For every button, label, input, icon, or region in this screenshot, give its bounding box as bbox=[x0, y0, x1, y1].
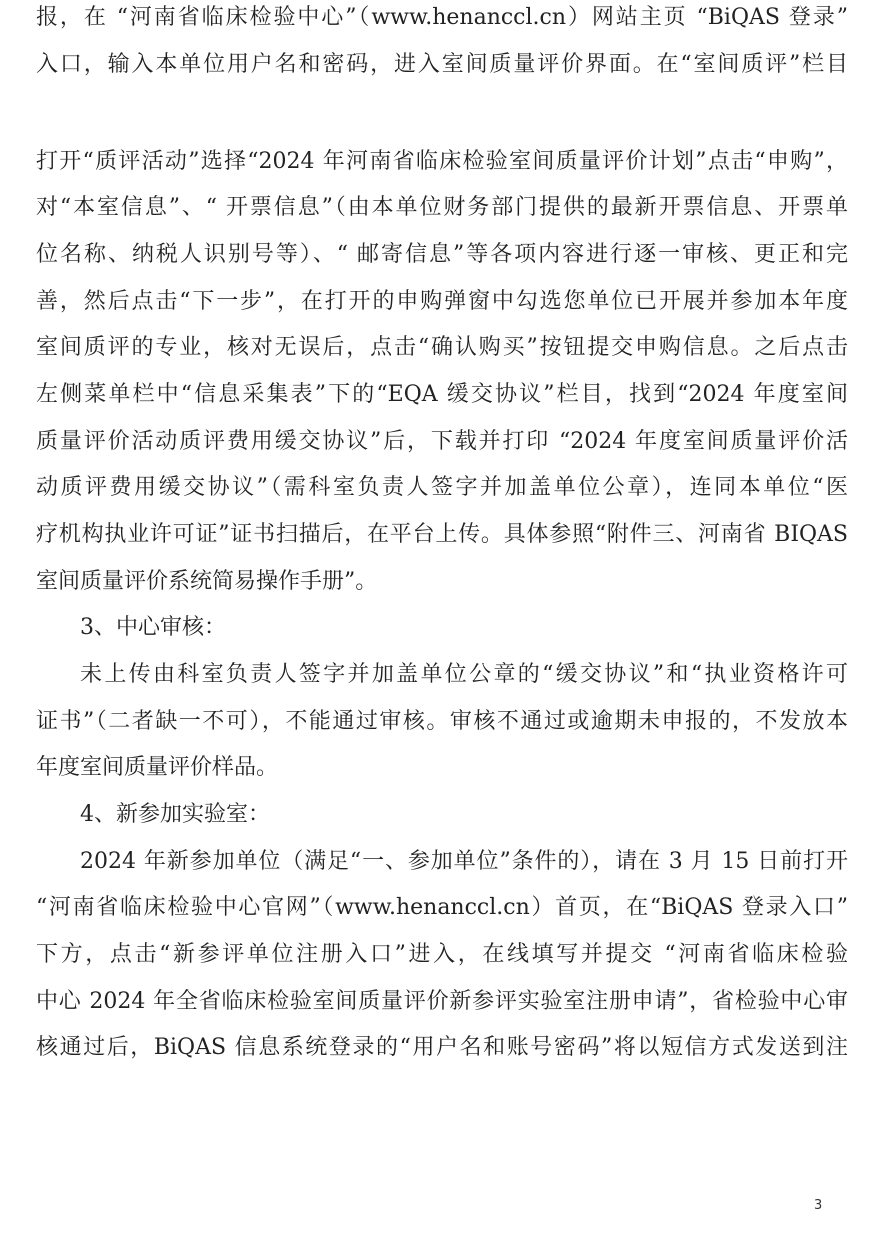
text-line: 动质评费用缓交协议”（需科室负责人签字并加盖单位公章），连同本单位“医 bbox=[36, 473, 848, 503]
text-line: 室间质评的专业，核对无误后，点击“确认购买”按钮提交申购信息。之后点击 bbox=[36, 333, 848, 363]
text-line: 年度室间质量评价样品。 bbox=[36, 753, 848, 783]
text-line: 2024 年新参加单位（满足“一、参加单位”条件的），请在 3 月 15 日前打… bbox=[80, 847, 848, 877]
text-line: 入口，输入本单位用户名和密码，进入室间质量评价界面。在“室间质评”栏目 bbox=[36, 50, 848, 80]
page-number: 3 bbox=[814, 1196, 822, 1216]
text-line: 室间质量评价系统简易操作手册”。 bbox=[36, 567, 848, 597]
section-heading: 3、中心审核： bbox=[80, 613, 848, 643]
text-line: 善，然后点击“下一步”，在打开的申购弹窗中勾选您单位已开展并参加本年度 bbox=[36, 287, 848, 317]
text-line: 疗机构执业许可证”证书扫描后，在平台上传。具体参照“附件三、河南省 BIQAS bbox=[36, 520, 848, 550]
text-line: 质量评价活动质评费用缓交协议”后，下载并打印 “2024 年度室间质量评价活 bbox=[36, 427, 848, 457]
text-line: “河南省临床检验中心官网”（www.henanccl.cn）首页，在“BiQAS… bbox=[36, 893, 848, 923]
text-line: 中心 2024 年全省临床检验室间质量评价新参评实验室注册申请”，省检验中心审 bbox=[36, 987, 848, 1017]
text-line: 左侧菜单栏中“信息采集表”下的“EQA 缓交协议”栏目，找到“2024 年度室间 bbox=[36, 380, 848, 410]
section-heading: 4、新参加实验室： bbox=[80, 800, 848, 830]
text-line: 打开“质评活动”选择“2024 年河南省临床检验室间质量评价计划”点击“申购”， bbox=[36, 147, 848, 177]
text-line: 位名称、纳税人识别号等）、“ 邮寄信息”等各项内容进行逐一审核、更正和完 bbox=[36, 240, 848, 270]
text-line: 报，在 “河南省临床检验中心”（www.henanccl.cn）网站主页 “Bi… bbox=[36, 3, 848, 33]
text-line: 对“本室信息”、“ 开票信息”（由本单位财务部门提供的最新开票信息、开票单 bbox=[36, 193, 848, 223]
text-line: 未上传由科室负责人签字并加盖单位公章的“缓交协议”和“执业资格许可 bbox=[80, 660, 848, 690]
text-line: 下方，点击“新参评单位注册入口”进入，在线填写并提交 “河南省临床检验 bbox=[36, 940, 848, 970]
document-page: 报，在 “河南省临床检验中心”（www.henanccl.cn）网站主页 “Bi… bbox=[0, 0, 884, 1236]
text-line: 核通过后，BiQAS 信息系统登录的“用户名和账号密码”将以短信方式发送到注 bbox=[36, 1033, 848, 1063]
text-line: 证书”（二者缺一不可），不能通过审核。审核不通过或逾期未申报的，不发放本 bbox=[36, 707, 848, 737]
